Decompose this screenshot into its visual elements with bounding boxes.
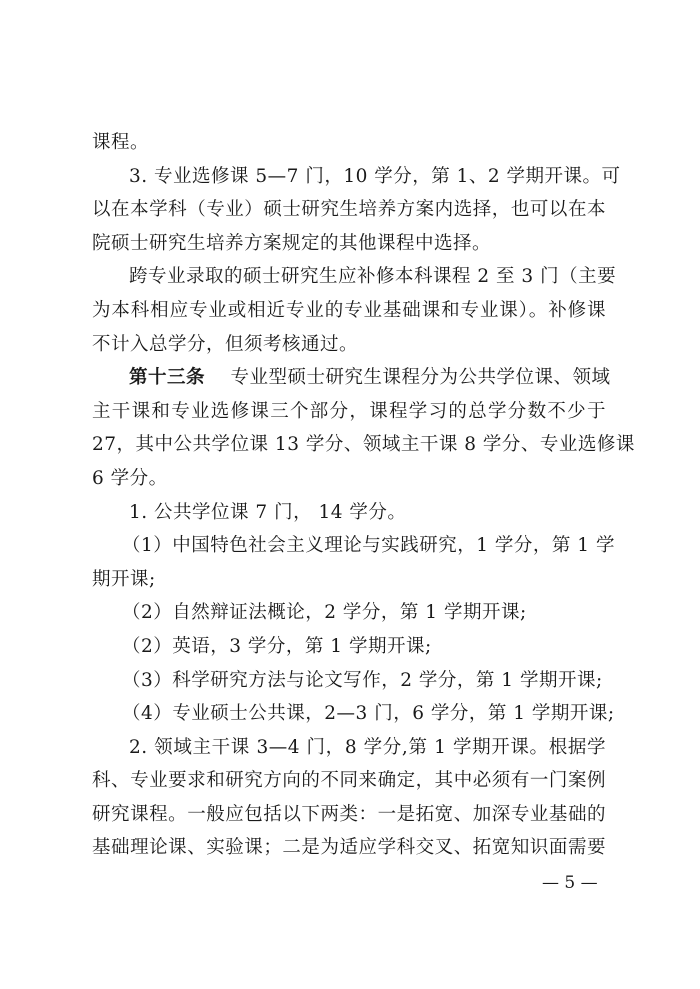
text-line: 课程。 — [92, 126, 606, 160]
text-line: 3. 专业选修课 5—7 门，10 学分，第 1、2 学期开课。可 — [92, 160, 606, 194]
list-item: （1）中国特色社会主义理论与实践研究，1 学分，第 1 学 — [92, 529, 606, 563]
text-line: 主干课和专业选修课三个部分，课程学习的总学分数不少于 — [92, 395, 606, 429]
list-item: （2）英语，3 学分，第 1 学期开课; — [92, 630, 606, 664]
document-page: 课程。 3. 专业选修课 5—7 门，10 学分，第 1、2 学期开课。可 以在… — [92, 126, 606, 865]
article-heading: 第十三条 — [129, 367, 205, 388]
list-item: （4）专业硕士公共课，2—3 门，6 学分，第 1 学期开课; — [92, 697, 606, 731]
section-domain-courses: 2. 领域主干课 3—4 门，8 学分,第 1 学期开课。根据学 — [92, 731, 606, 765]
list-item: （3）科学研究方法与论文写作，2 学分，第 1 学期开课; — [92, 664, 606, 698]
article-first-line: 第十三条 专业型硕士研究生课程分为公共学位课、领域 — [92, 361, 606, 395]
text-line: 27，其中公共学位课 13 学分、领域主干课 8 学分、专业选修课 — [92, 428, 606, 462]
text-line: 6 学分。 — [92, 462, 606, 496]
section-title-public-courses: 1. 公共学位课 7 门， 14 学分。 — [92, 496, 606, 530]
text-line: 基础理论课、实验课；二是为适应学科交叉、拓宽知识面需要 — [92, 831, 606, 865]
list-item: （2）自然辩证法概论，2 学分，第 1 学期开课; — [92, 596, 606, 630]
article-text: 专业型硕士研究生课程分为公共学位课、领域 — [231, 367, 611, 388]
list-item-continuation: 期开课; — [92, 563, 606, 597]
text-line: 研究课程。一般应包括以下两类：一是拓宽、加深专业基础的 — [92, 798, 606, 832]
text-line: 科、专业要求和研究方向的不同来确定，其中必须有一门案例 — [92, 764, 606, 798]
text-line: 为本科相应专业或相近专业的专业基础课和专业课）。补修课 — [92, 294, 606, 328]
text-line: 以在本学科（专业）硕士研究生培养方案内选择，也可以在本 — [92, 193, 606, 227]
text-line: 院硕士研究生培养方案规定的其他课程中选择。 — [92, 227, 606, 261]
page-number: — 5 — — [542, 873, 598, 893]
text-line: 不计入总学分，但须考核通过。 — [92, 328, 606, 362]
text-line: 跨专业录取的硕士研究生应补修本科课程 2 至 3 门（主要 — [92, 260, 606, 294]
